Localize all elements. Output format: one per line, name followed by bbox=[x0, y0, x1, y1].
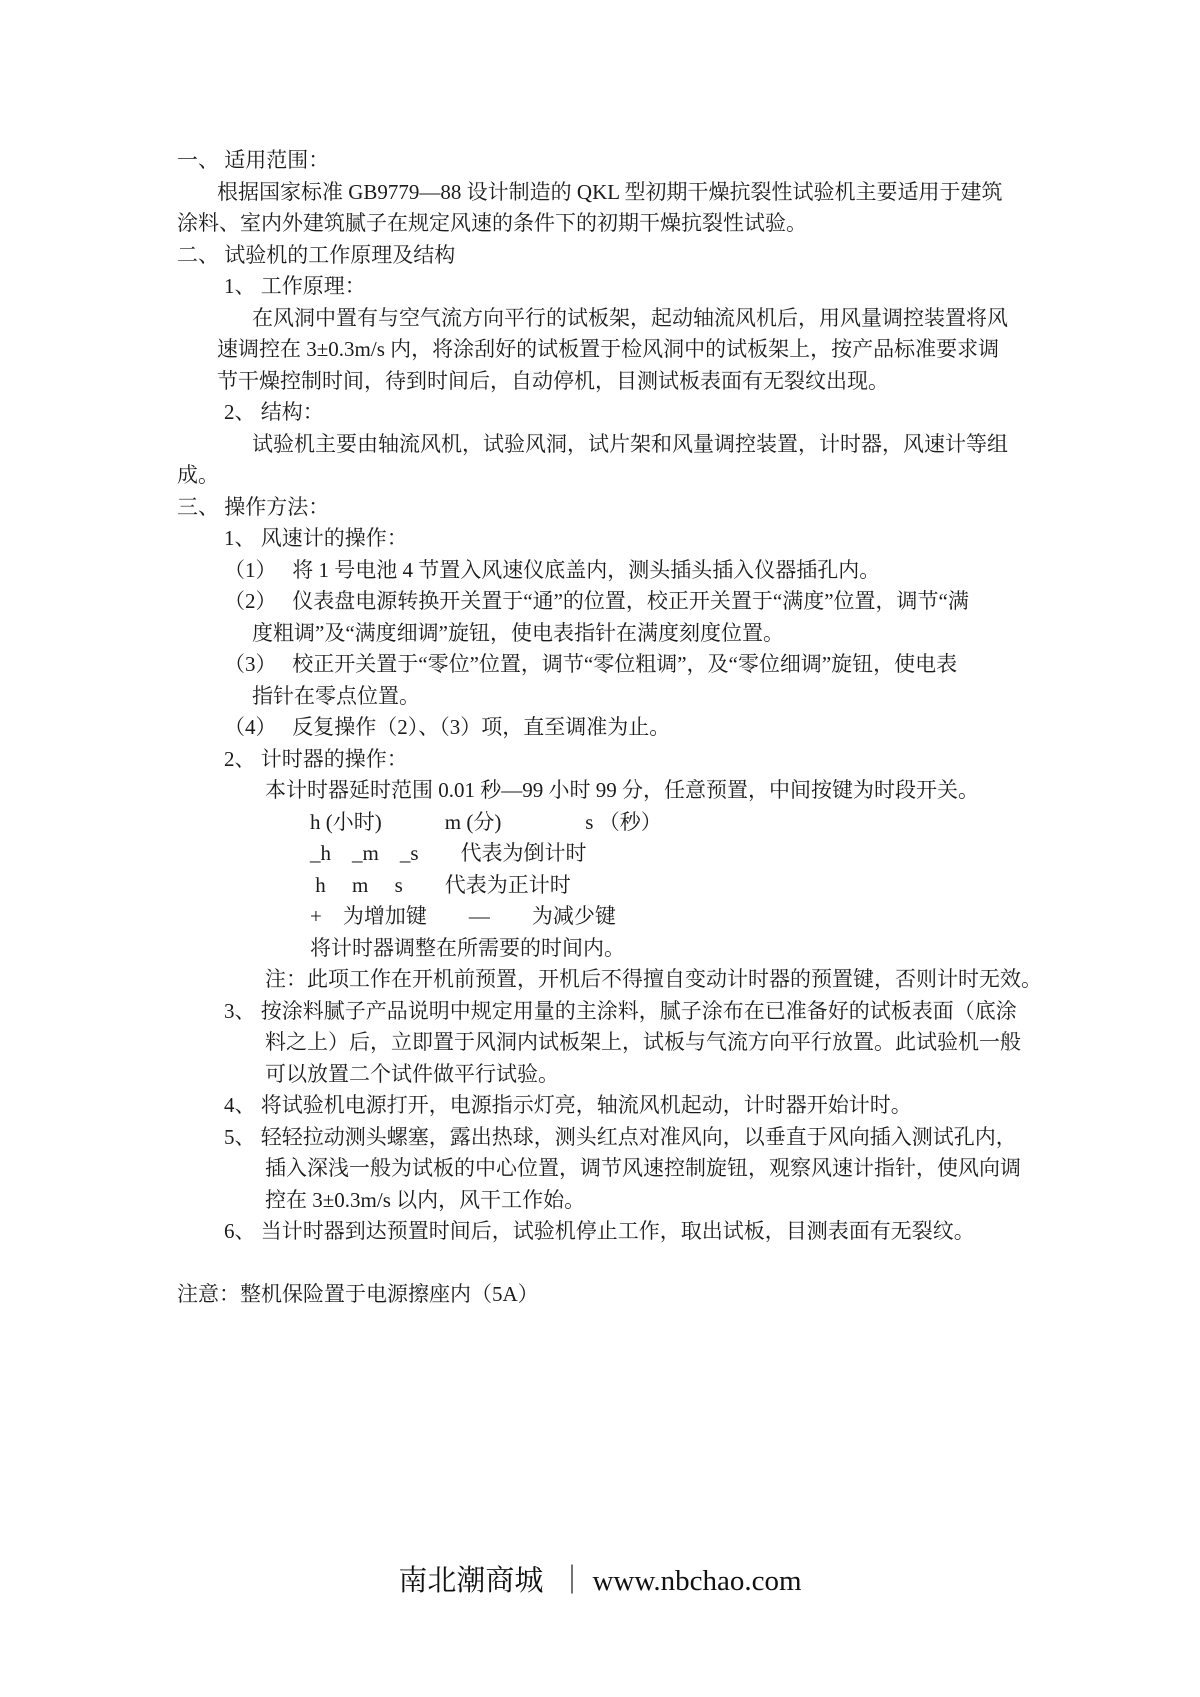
doc-line: 成。 bbox=[0, 460, 1200, 492]
doc-line: 控在 3±0.3m/s 以内，风干工作始。 bbox=[0, 1185, 1200, 1217]
footer-brand: 南北潮商城 bbox=[398, 1565, 543, 1597]
footer-separator: ｜ bbox=[543, 1565, 592, 1597]
doc-line: 将计时器调整在所需要的时间内。 bbox=[0, 933, 1200, 965]
doc-line: 试验机主要由轴流风机，试验风洞，试片架和风量调控装置，计时器，风速计等组 bbox=[0, 429, 1200, 461]
doc-line: 插入深浅一般为试板的中心位置，调节风速控制旋钮，观察风速计指针，使风向调 bbox=[0, 1153, 1200, 1185]
doc-line: 根据国家标准 GB9779—88 设计制造的 QKL 型初期干燥抗裂性试验机主要… bbox=[0, 177, 1200, 209]
op-item-6: 6、 当计时器到达预置时间后，试验机停止工作，取出试板，目测表面有无裂纹。 bbox=[0, 1216, 1200, 1248]
op-item-5: 5、 轻轻拉动测头螺塞，露出热球，测头红点对准风向，以垂直于风向插入测试孔内， bbox=[0, 1122, 1200, 1154]
doc-line: 涂料、室内外建筑腻子在规定风速的条件下的初期干燥抗裂性试验。 bbox=[0, 208, 1200, 240]
section-heading-operation: 三、 操作方法： bbox=[0, 492, 1200, 524]
notice-line: 注意：整机保险置于电源擦座内（5A） bbox=[0, 1279, 1200, 1311]
section-heading-scope: 一、 适用范围： bbox=[0, 145, 1200, 177]
doc-line: 节干燥控制时间，待到时间后，自动停机，目测试板表面有无裂纹出现。 bbox=[0, 366, 1200, 398]
doc-line: 速调控在 3±0.3m/s 内，将涂刮好的试板置于检风洞中的试板架上，按产品标准… bbox=[0, 334, 1200, 366]
doc-line: 料之上）后，立即置于风洞内试板架上，试板与气流方向平行放置。此试验机一般 bbox=[0, 1027, 1200, 1059]
footer-url: www.nbchao.com bbox=[592, 1565, 801, 1597]
subsection-working-principle: 1、 工作原理： bbox=[0, 271, 1200, 303]
subsection-structure: 2、 结构： bbox=[0, 397, 1200, 429]
doc-line: 可以放置二个试件做平行试验。 bbox=[0, 1059, 1200, 1091]
doc-line: 在风洞中置有与空气流方向平行的试板架，起动轴流风机后，用风量调控装置将风 bbox=[0, 303, 1200, 335]
timer-countdown-row: _h _m _s 代表为倒计时 bbox=[0, 838, 1200, 870]
timer-countup-row: h m s 代表为正计时 bbox=[0, 870, 1200, 902]
subsection-timer: 2、 计时器的操作： bbox=[0, 744, 1200, 776]
section-heading-principle: 二、 试验机的工作原理及结构 bbox=[0, 240, 1200, 272]
blank-line bbox=[0, 1248, 1200, 1280]
doc-line: 指针在零点位置。 bbox=[0, 681, 1200, 713]
step-item-2: （2） 仪表盘电源转换开关置于“通”的位置，校正开关置于“满度”位置，调节“满 bbox=[0, 586, 1200, 618]
manual-page: 一、 适用范围： 根据国家标准 GB9779—88 设计制造的 QKL 型初期干… bbox=[0, 145, 1200, 1311]
footer: 南北潮商城｜www.nbchao.com bbox=[0, 1563, 1200, 1599]
step-item-4: （4） 反复操作（2）、（3）项，直至调准为止。 bbox=[0, 712, 1200, 744]
timer-note: 注：此项工作在开机前预置，开机后不得擅自变动计时器的预置键，否则计时无效。 bbox=[0, 964, 1200, 996]
step-item-3: （3） 校正开关置于“零位”位置，调节“零位粗调”，及“零位细调”旋钮，使电表 bbox=[0, 649, 1200, 681]
doc-line: 本计时器延时范围 0.01 秒—99 小时 99 分，任意预置，中间按键为时段开… bbox=[0, 775, 1200, 807]
subsection-anemometer: 1、 风速计的操作： bbox=[0, 523, 1200, 555]
doc-line: 度粗调”及“满度细调”旋钮，使电表指针在满度刻度位置。 bbox=[0, 618, 1200, 650]
step-item-1: （1） 将 1 号电池 4 节置入风速仪底盖内，测头插头插入仪器插孔内。 bbox=[0, 555, 1200, 587]
op-item-3: 3、 按涂料腻子产品说明中规定用量的主涂料，腻子涂布在已准备好的试板表面（底涂 bbox=[0, 996, 1200, 1028]
timer-keys-row: + 为增加键 — 为减少键 bbox=[0, 901, 1200, 933]
op-item-4: 4、 将试验机电源打开，电源指示灯亮，轴流风机起动，计时器开始计时。 bbox=[0, 1090, 1200, 1122]
timer-units-row: h (小时) m (分) s （秒） bbox=[0, 807, 1200, 839]
